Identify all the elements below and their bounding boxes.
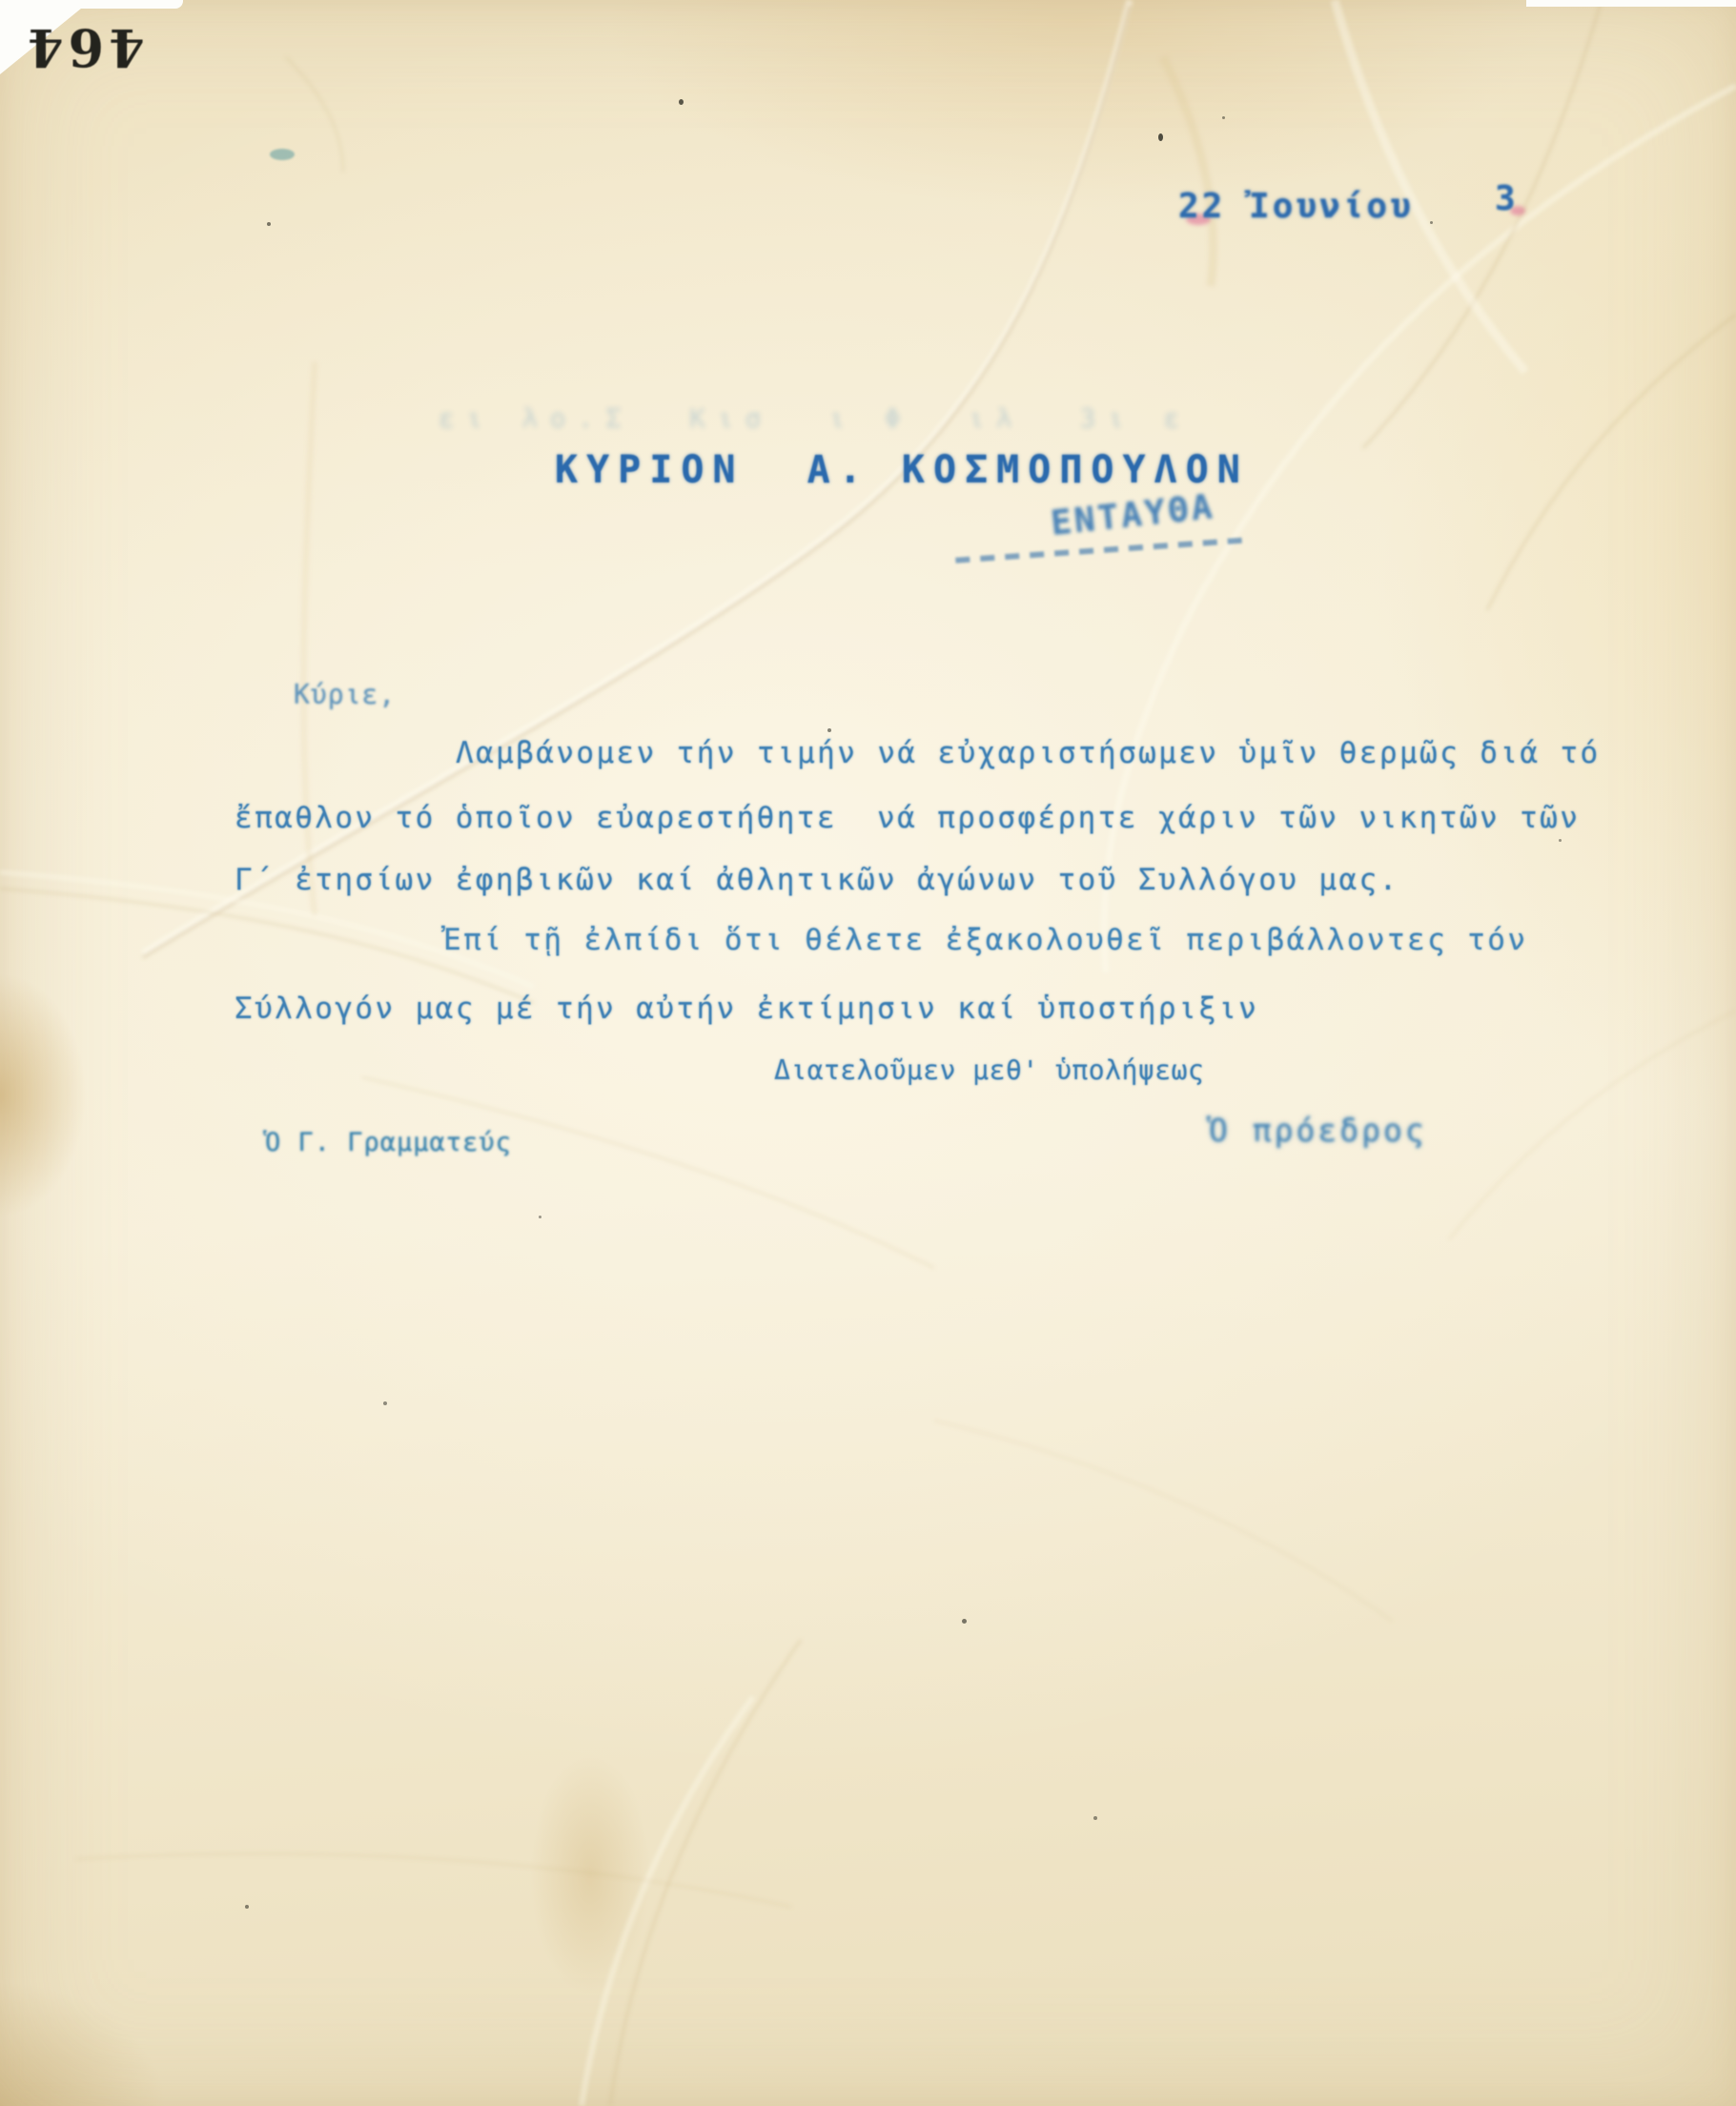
recipient-name-line: ΚΥΡΙΟΝ Α. ΚΟΣΜΟΠΟΥΛΟΝ: [555, 448, 1249, 492]
torn-edge-top: [69, 0, 183, 9]
bleedthrough-ghost-text: ει λο.Σ Κισ ι Φ ιλ 3ι ε: [439, 404, 1373, 434]
ink-speck: [679, 99, 684, 105]
date-year-digit: 3: [1495, 179, 1516, 218]
torn-edge-top-right: [1526, 0, 1736, 7]
ink-speck: [827, 728, 831, 732]
ink-speck: [962, 1619, 967, 1624]
ink-speck: [383, 1401, 387, 1405]
ink-speck: [1559, 839, 1562, 842]
closing-line: Διατελοῦμεν μεθ' ὑπολήψεως: [774, 1054, 1204, 1086]
ink-speck: [1430, 221, 1433, 224]
ink-speck: [1093, 1816, 1097, 1820]
paper-crease-lines: [0, 0, 1736, 2106]
signature-president-title: Ὁ πρόεδρος: [1209, 1112, 1427, 1149]
body-line: Γ΄ ἐτησίων ἐφηβικῶν καί ἀθλητικῶν ἀγώνων…: [235, 863, 1399, 897]
ink-speck: [245, 1905, 249, 1909]
body-line: Ἐπί τῇ ἐλπίδι ὅτι θέλετε ἐξακολουθεῖ περ…: [443, 923, 1527, 957]
scanned-letter-page: 464 ει λο.Σ Κισ ι Φ ιλ 3ι ε 22 Ἰουνίου 3…: [0, 0, 1736, 2106]
ink-speck: [1158, 133, 1163, 141]
body-line: ἔπαθλον τό ὁποῖον εὐαρεστήθητε νά προσφέ…: [235, 801, 1580, 835]
ink-speck: [539, 1216, 541, 1218]
date-text: 22 Ἰουνίου: [1178, 187, 1414, 226]
ink-speck: [1222, 116, 1225, 119]
body-line: Λαμβάνομεν τήν τιμήν νά εὐχαριστήσωμεν ὑ…: [456, 736, 1601, 770]
body-line: Σύλλογόν μας μέ τήν αὐτήν ἐκτίμησιν καί …: [235, 992, 1258, 1026]
signature-secretary-title: Ὁ Γ. Γραμματεύς: [265, 1128, 512, 1157]
ink-speck: [267, 222, 271, 226]
salutation: Κύριε,: [294, 679, 396, 710]
teal-mark: [270, 149, 295, 160]
page-number-stamp: 464: [23, 17, 145, 78]
